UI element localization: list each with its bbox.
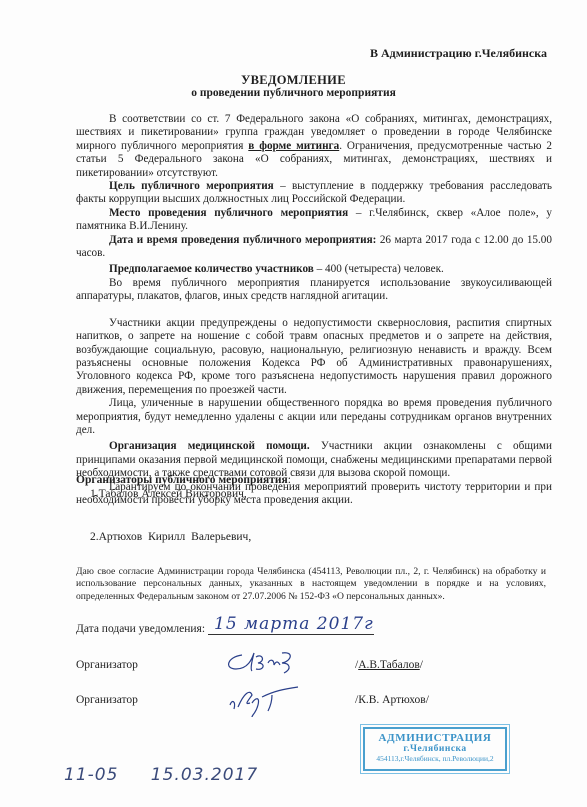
document-title: УВЕДОМЛЕНИЕ (0, 73, 587, 88)
submission-date-label: Дата подачи уведомления: (76, 623, 205, 635)
goal-paragraph: Цель публичного мероприятия – выступлени… (76, 180, 552, 207)
participants-text: – 400 (четыреста) человек. (314, 263, 444, 275)
signature-1-icon (222, 647, 302, 684)
intro-paragraph: В соответствии со ст. 7 Федерального зак… (76, 113, 552, 180)
document-body: В соответствии со ст. 7 Федерального зак… (76, 113, 552, 507)
organizers-colon: : (288, 474, 291, 486)
name: А.В.Табалов (358, 659, 420, 671)
name: К.В. Артюхов (358, 694, 426, 706)
administration-stamp: АДМИНИСТРАЦИЯ г.Челябинска 454113,г.Челя… (363, 727, 507, 771)
signature-role-1: Организатор (76, 659, 138, 671)
goal-label: Цель публичного мероприятия (109, 180, 274, 192)
event-form: в форме митинга (248, 140, 339, 152)
handwritten-submission-date: 15 марта 2017г (208, 614, 374, 635)
addressee: В Администрацию г.Челябинска (370, 46, 547, 61)
datetime-paragraph: Дата и время проведения публичного мероп… (76, 234, 552, 261)
signature-name-2: /К.В. Артюхов/ (355, 694, 429, 706)
organizers-title: Организаторы публичного мероприятия (76, 474, 288, 486)
organizer-2: 2.Артюхов Кирилл Валерьевич, (90, 531, 251, 543)
document-subtitle: о проведении публичного мероприятия (0, 87, 587, 99)
warnings-paragraph: Участники акции предупреждены о недопуст… (76, 317, 552, 397)
place-label: Место проведения публичного мероприятия (109, 207, 348, 219)
stamp-line-2: г.Челябинска (365, 744, 505, 754)
signature-2-icon (222, 683, 302, 724)
medical-label: Организация медицинской помощи. (109, 440, 310, 452)
equipment-paragraph: Во время публичного мероприятия планируе… (76, 277, 552, 304)
signature-role-2: Организатор (76, 694, 138, 706)
participants-label: Предполагаемое количество участников (109, 263, 314, 275)
signature-name-1: /А.В.Табалов/ (355, 659, 423, 671)
stamp-line-3: 454113,г.Челябинск, пл.Революции,2 (365, 754, 505, 763)
stamp-line-1: АДМИНИСТРАЦИЯ (365, 732, 505, 744)
handwritten-registration-number: 11-05 15.03.2017 (64, 765, 258, 785)
name-suffix: / (426, 694, 429, 706)
name-suffix: / (420, 659, 423, 671)
datetime-label: Дата и время проведения публичного мероп… (109, 234, 376, 246)
place-paragraph: Место проведения публичного мероприятия … (76, 207, 552, 234)
organizers-heading: Организаторы публичного мероприятия: (76, 474, 291, 486)
participants-paragraph: Предполагаемое количество участников – 4… (76, 263, 552, 276)
violators-paragraph: Лица, уличенные в нарушении общественног… (76, 397, 552, 437)
organizer-1: 1.Табалов Алексей Викторович, (90, 488, 247, 500)
personal-data-consent: Даю свое согласие Администрации города Ч… (76, 566, 546, 603)
